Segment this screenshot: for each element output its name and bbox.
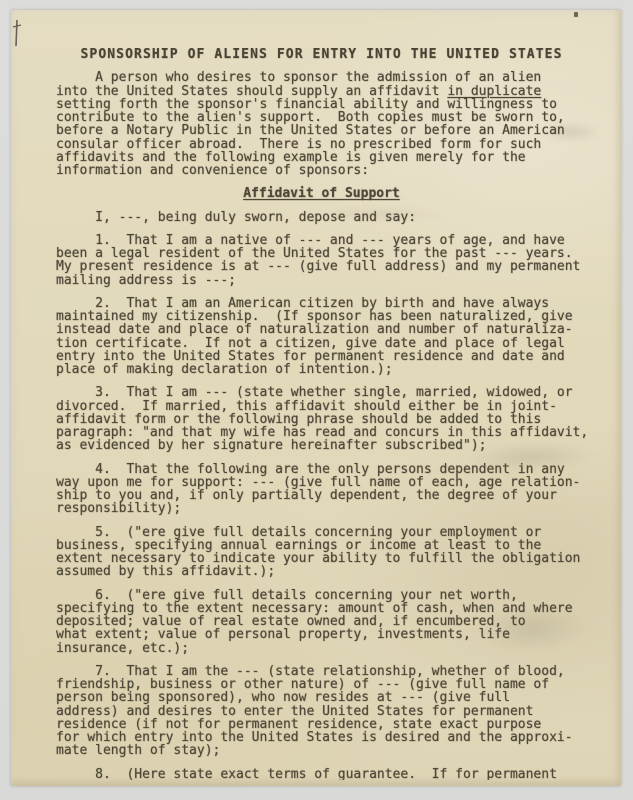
affidavit-item-8: 8. (Here state exact terms of guarantee.… — [56, 768, 587, 781]
affidavit-item-2: 2. That I am an American citizen by birt… — [56, 297, 587, 377]
document-page: SPONSORSHIP OF ALIENS FOR ENTRY INTO THE… — [11, 10, 621, 786]
ink-speck — [574, 12, 578, 17]
affidavit-item-6: 6. ("ere give full details concerning yo… — [56, 589, 587, 655]
document-title: SPONSORSHIP OF ALIENS FOR ENTRY INTO THE… — [56, 48, 587, 61]
document-content: SPONSORSHIP OF ALIENS FOR ENTRY INTO THE… — [56, 48, 587, 780]
scan-background: SPONSORSHIP OF ALIENS FOR ENTRY INTO THE… — [0, 0, 633, 800]
affidavit-item-5: 5. ("ere give full details concerning yo… — [56, 526, 587, 579]
section-heading-text: Affidavit of Support — [243, 186, 400, 201]
affidavit-item-4: 4. That the following are the only perso… — [56, 463, 587, 516]
affidavit-item-7: 7. That I am the --- (state relationship… — [56, 665, 587, 758]
pen-mark — [12, 18, 26, 50]
intro-text-after: setting forth the sponsor's financial ab… — [56, 97, 565, 178]
intro-paragraph: A person who desires to sponsor the admi… — [56, 71, 587, 177]
section-heading: Affidavit of Support — [56, 187, 587, 200]
affidavit-item-1: 1. That I am a native of --- and --- yea… — [56, 234, 587, 287]
opening-line: I, ---, being duly sworn, depose and say… — [56, 211, 587, 224]
affidavit-item-3: 3. That I am --- (state whether single, … — [56, 386, 587, 452]
